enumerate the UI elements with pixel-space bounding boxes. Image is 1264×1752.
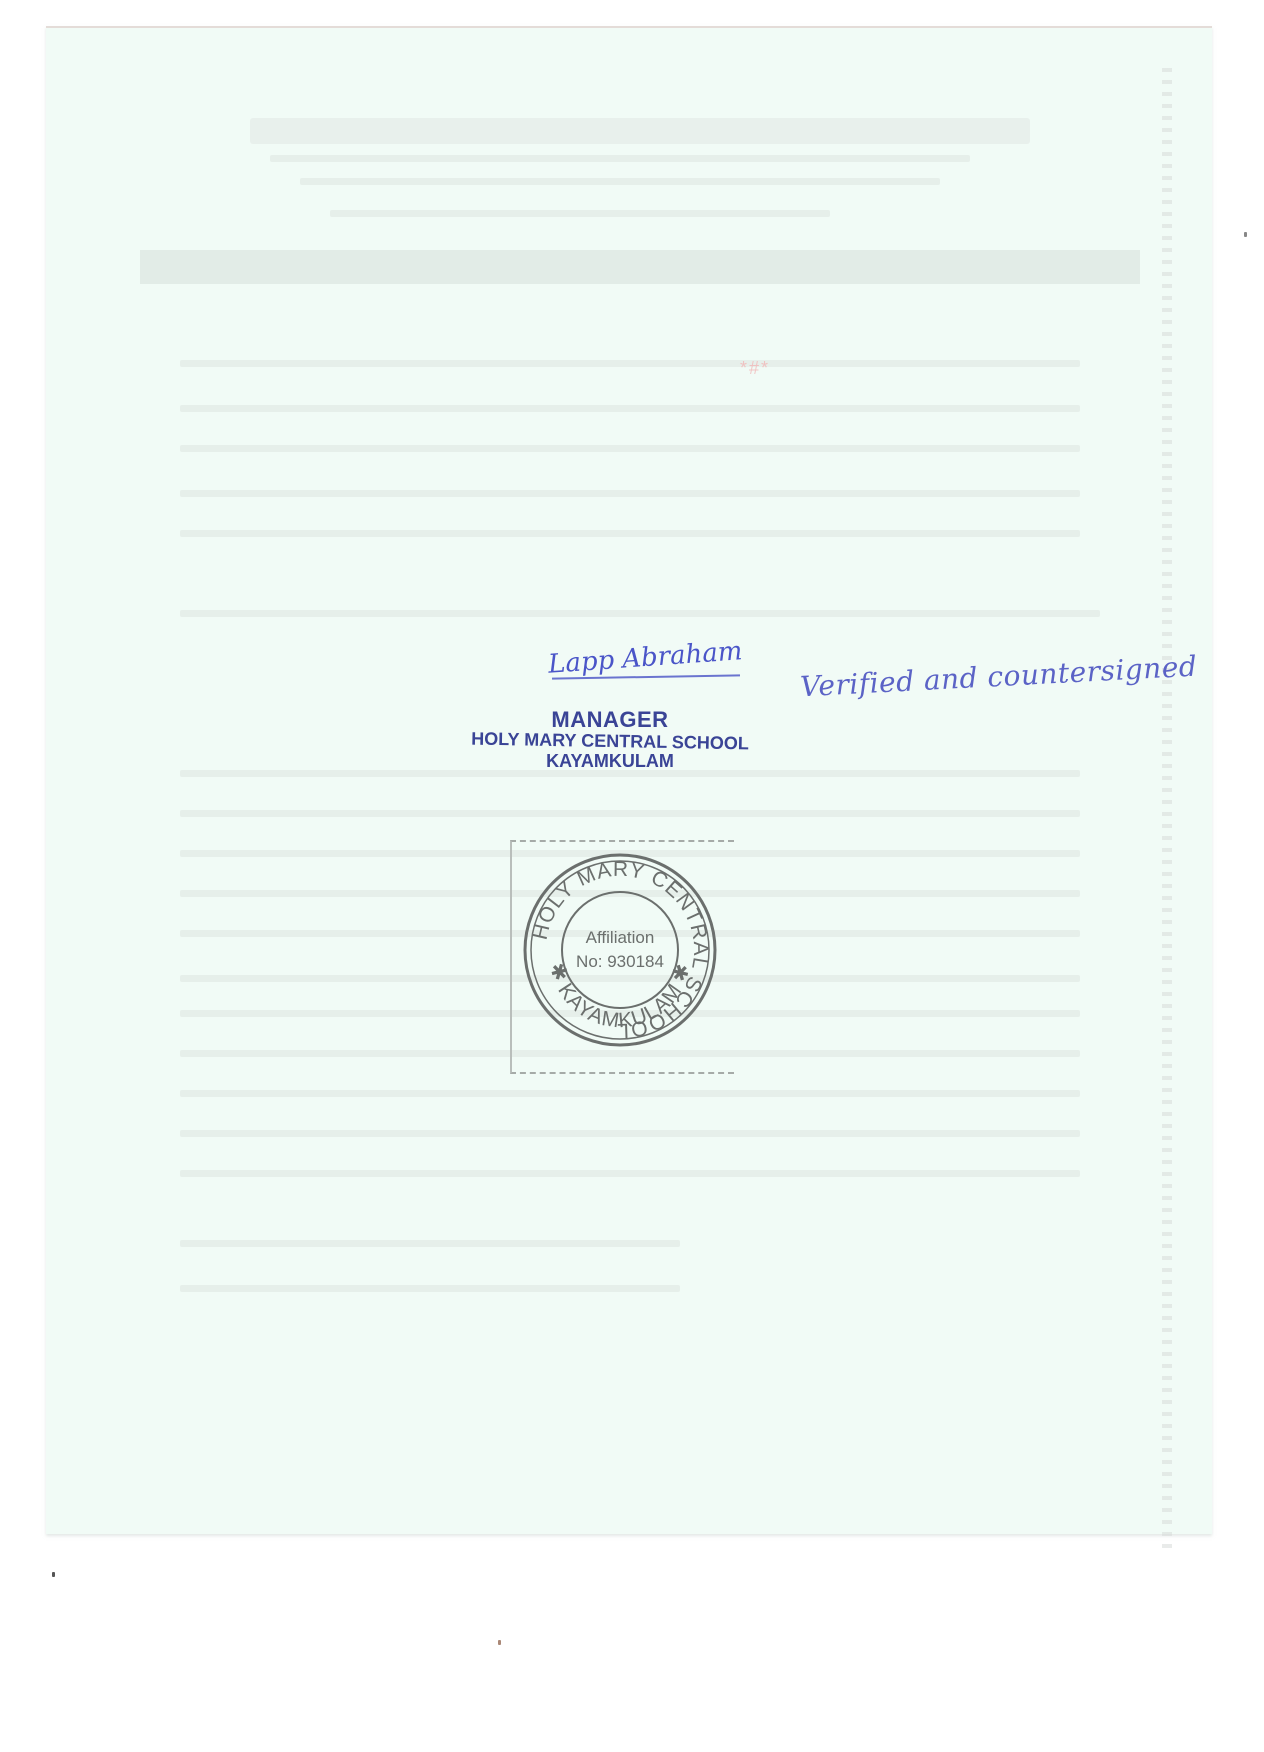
faint-red-mark: *#* [740, 358, 782, 380]
perforated-edge [1162, 68, 1172, 1548]
ghost-line [180, 810, 1080, 817]
seal-icon: HOLY MARY CENTRAL SCHOOL ✱ KAYAMKULAM ✱ … [520, 845, 720, 1055]
school-seal-stamp: HOLY MARY CENTRAL SCHOOL ✱ KAYAMKULAM ✱ … [520, 845, 720, 1055]
ghost-line [180, 1170, 1080, 1177]
ghost-line [180, 490, 1080, 497]
ghost-line [180, 360, 1080, 367]
ghost-line [180, 445, 1080, 452]
scan-speck [498, 1640, 501, 1645]
ghost-line [180, 1285, 680, 1292]
ghost-line [300, 178, 940, 185]
ghost-line [180, 530, 1080, 537]
ghost-line [180, 1240, 680, 1247]
manager-block: MANAGER HOLY MARY CENTRAL SCHOOL KAYAMKU… [460, 708, 760, 772]
stamp-center-line-2: No: 930184 [576, 952, 664, 971]
ghost-line [180, 610, 1100, 617]
scan-speck [1244, 232, 1247, 237]
ghost-line [180, 1090, 1080, 1097]
manager-place: KAYAMKULAM [460, 752, 760, 772]
manager-school: HOLY MARY CENTRAL SCHOOL [460, 730, 760, 755]
ghost-line [270, 155, 970, 162]
ghost-line [180, 1130, 1080, 1137]
ghost-line [330, 210, 830, 217]
ghost-header [250, 118, 1030, 144]
ghost-band [140, 250, 1140, 284]
scan-speck [52, 1572, 55, 1577]
ghost-line [180, 405, 1080, 412]
stamp-center-line-1: Affiliation [586, 928, 655, 947]
